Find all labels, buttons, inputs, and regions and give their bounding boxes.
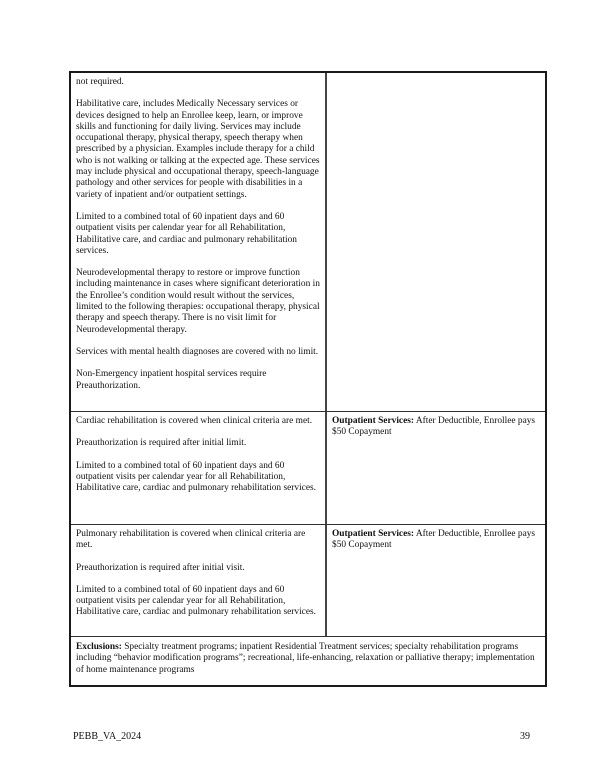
benefit-description-cell: not required. Habilitative care, include… [71,73,327,411]
footer-document-id: PEBB_VA_2024 [73,731,141,742]
paragraph: not required. [76,77,321,88]
paragraph: Limited to a combined total of 60 inpati… [76,461,321,495]
cost-share-text: Outpatient Services: After Deductible, E… [332,529,541,552]
paragraph: Cardiac rehabilitation is covered when c… [76,416,321,427]
paragraph: Non-Emergency inpatient hospital service… [76,369,321,392]
benefits-table: not required. Habilitative care, include… [69,71,547,687]
cost-share-label: Outpatient Services: [332,416,414,426]
exclusions-text: Exclusions: Specialty treatment programs… [76,642,540,676]
footer-page-number: 39 [520,731,530,742]
cost-share-text: Outpatient Services: After Deductible, E… [332,416,541,439]
exclusions-label: Exclusions: [76,642,122,652]
exclusions-value: Specialty treatment programs; inpatient … [76,642,535,675]
paragraph: Preauthorization is required after initi… [76,438,321,449]
cost-share-label: Outpatient Services: [332,529,414,539]
cost-share-cell: Outpatient Services: After Deductible, E… [327,412,545,524]
paragraph: Limited to a combined total of 60 inpati… [76,585,321,619]
exclusions-cell: Exclusions: Specialty treatment programs… [71,637,545,685]
paragraph: Services with mental health diagnoses ar… [76,347,321,358]
paragraph: Habilitative care, includes Medically Ne… [76,99,321,201]
paragraph: Limited to a combined total of 60 inpati… [76,212,321,257]
table-row-exclusions: Exclusions: Specialty treatment programs… [71,636,545,685]
cost-share-cell [327,73,545,411]
paragraph: Neurodevelopmental therapy to restore or… [76,268,321,336]
table-row-habilitative: not required. Habilitative care, include… [71,73,545,411]
paragraph: Pulmonary rehabilitation is covered when… [76,529,321,552]
table-row-pulmonary: Pulmonary rehabilitation is covered when… [71,524,545,636]
paragraph: Preauthorization is required after initi… [76,563,321,574]
benefit-description-cell: Pulmonary rehabilitation is covered when… [71,525,327,636]
benefit-description-cell: Cardiac rehabilitation is covered when c… [71,412,327,524]
table-row-cardiac: Cardiac rehabilitation is covered when c… [71,411,545,524]
cost-share-cell: Outpatient Services: After Deductible, E… [327,525,545,636]
